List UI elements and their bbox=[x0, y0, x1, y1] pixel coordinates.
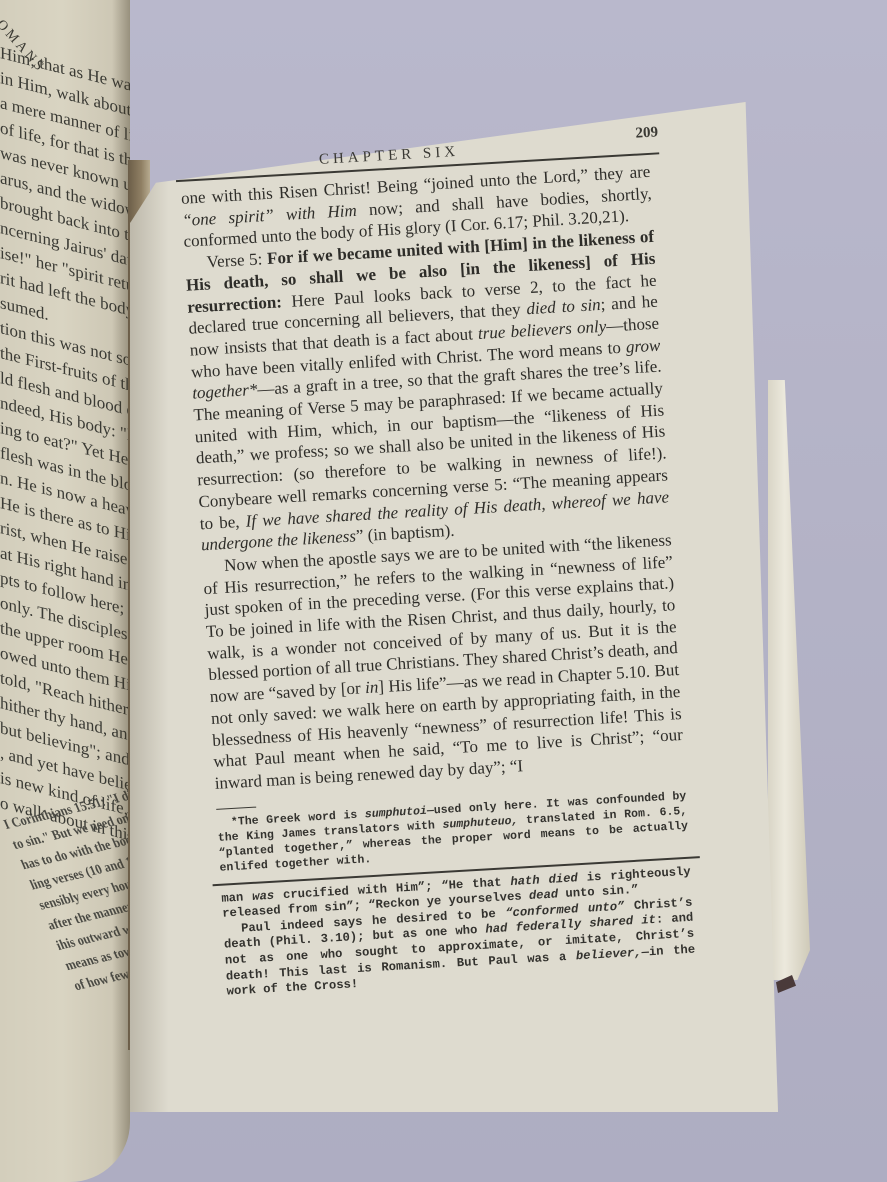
left-facing-page: ROMANS Him; that as He was raised, so in… bbox=[0, 0, 130, 1182]
italic-text: sumphutoi bbox=[365, 804, 428, 821]
left-page-text: Him; that as He was raised, so in Him, w… bbox=[0, 40, 130, 1060]
page-edges bbox=[768, 380, 810, 980]
italic-text: was bbox=[252, 888, 275, 903]
text: man bbox=[221, 890, 253, 906]
italic-text: died to sin bbox=[526, 295, 601, 318]
paragraph-verse-5: Verse 5: For if we became united with [H… bbox=[184, 226, 671, 556]
italic-text: believer, bbox=[575, 945, 642, 963]
paragraph: Now when the apostle says we are to be u… bbox=[202, 529, 685, 794]
verse-label: Verse 5: bbox=[206, 249, 267, 271]
italic-text: dead bbox=[529, 888, 559, 904]
italic-text: in bbox=[364, 678, 378, 698]
footnote-rule bbox=[216, 806, 256, 809]
page-number: 209 bbox=[635, 124, 658, 142]
right-page-text: CHAPTER SIX 209 one with this Risen Chri… bbox=[178, 119, 696, 1000]
body-text: one with this Risen Christ! Being “joine… bbox=[180, 161, 684, 795]
